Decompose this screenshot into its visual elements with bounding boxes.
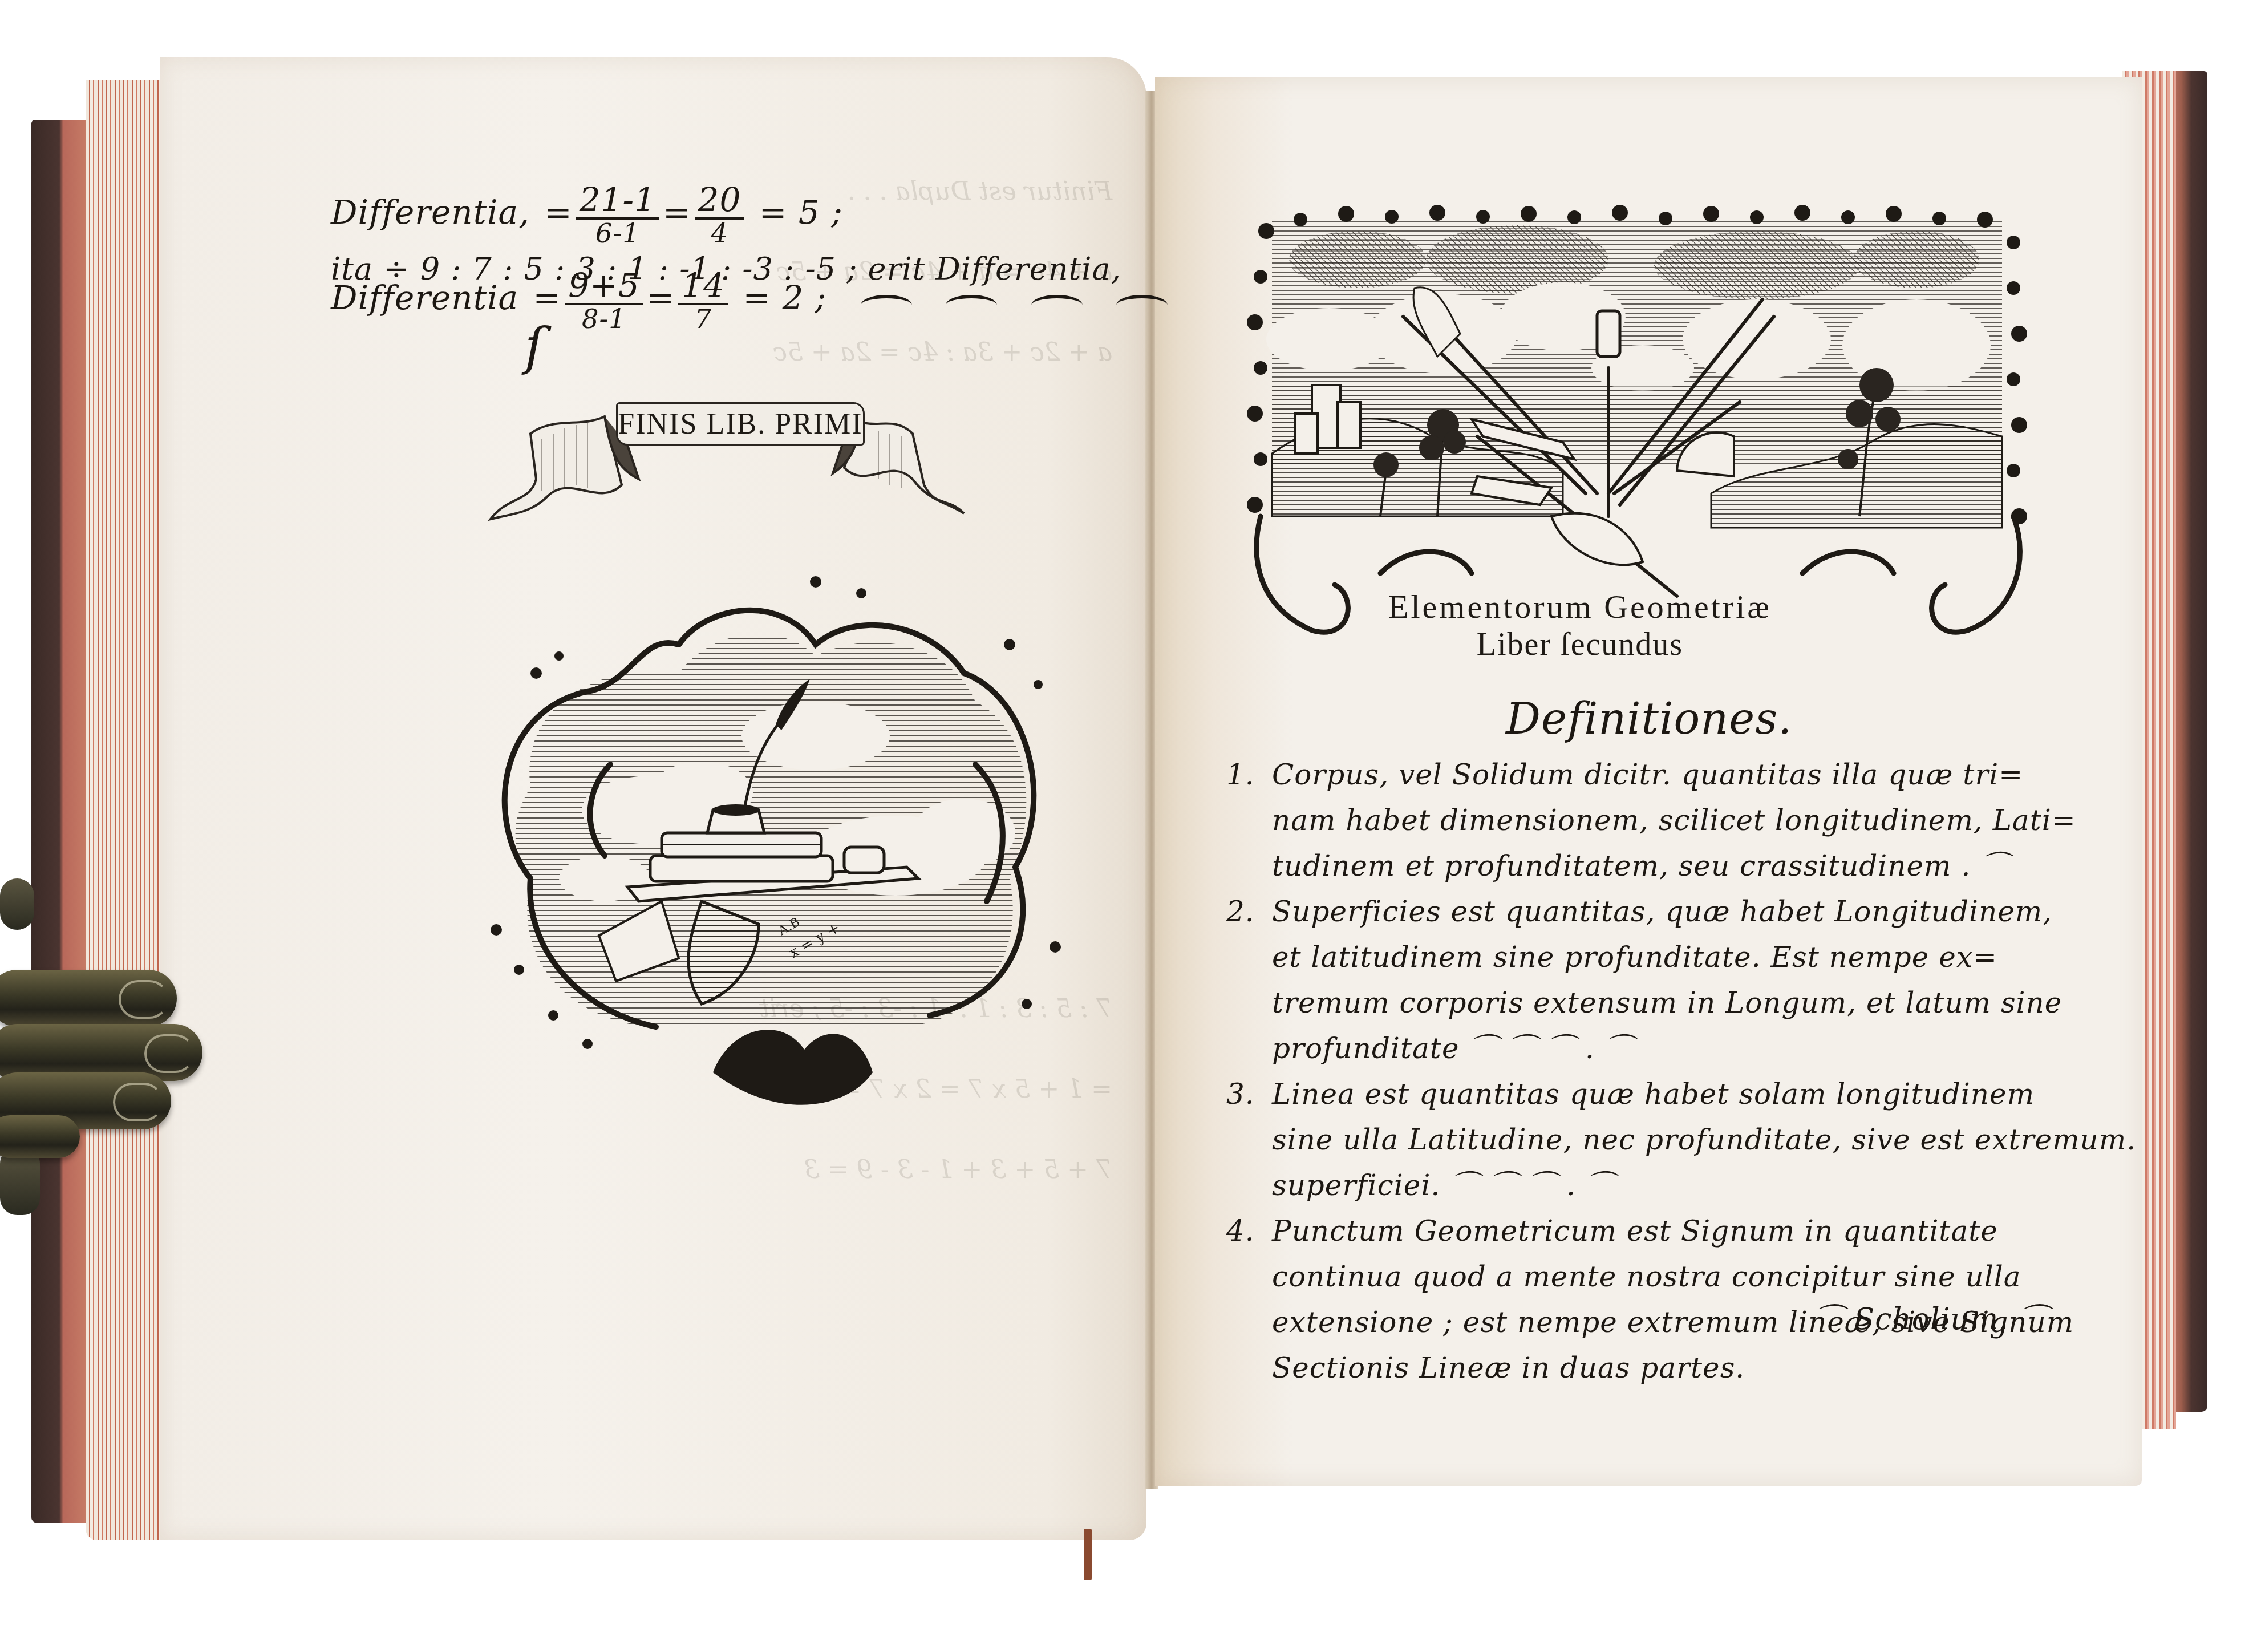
swash-flourish [861, 295, 912, 315]
fraction: 9+58-1 [565, 268, 643, 333]
bookmark-ribbon [1084, 1529, 1092, 1580]
definition-line: sine ulla Latitudine, nec profunditate, … [1226, 1117, 2136, 1163]
finis-libri-banner: FINIS LIB. PRIMI [616, 402, 865, 446]
definition-number: 2. [1226, 889, 1272, 934]
definition-line: profunditate ⌒ ⌒ ⌒ . ⌒ [1226, 1026, 2136, 1071]
definition-1: 1.Corpus, vel Solidum dicitr. quantitas … [1226, 752, 2136, 889]
swash-flourish [1031, 295, 1083, 315]
definition-line: Punctum Geometricum est Signum in quanti… [1272, 1214, 1998, 1248]
swash-flourish [1116, 295, 1168, 315]
ghost-line: 7 + 5 + 3 + 1 - 3 - 9 = 3 [713, 1155, 1112, 1184]
definition-line: Corpus, vel Solidum dicitr. quantitas il… [1272, 758, 2023, 791]
fraction: 21-16-1 [576, 183, 659, 248]
fraction: 204 [695, 183, 745, 248]
definition-2: 2.Superficies est quantitas, quæ habet L… [1226, 889, 2136, 1071]
definition-line: tremum corporis extensum in Longum, et l… [1226, 980, 2136, 1026]
definition-line: nam habet dimensionem, scilicet longitud… [1226, 797, 2136, 843]
math-result: = 5 ; [759, 193, 843, 232]
brass-hand-clasp [0, 878, 205, 1221]
definition-line: et latitudinem sine profunditate. Est ne… [1226, 934, 2136, 980]
swash-flourish [946, 295, 997, 315]
clasp-finger [0, 970, 177, 1027]
definition-line: continua quod a mente nostra concipitur … [1226, 1254, 2136, 1299]
math-label: Differentia, [331, 193, 530, 232]
definition-line: Linea est quantitas quæ habet solam long… [1272, 1078, 2035, 1111]
inkwell-quill-vignette-icon: A.B x = y + [462, 559, 1089, 1129]
long-s-flourish: ſ [525, 317, 544, 376]
definitiones-heading: Definitiones. [1506, 693, 1792, 744]
definition-line: superficiei. ⌒ ⌒ ⌒ . ⌒ [1226, 1163, 2136, 1208]
left-page-block-red-edges [86, 80, 171, 1540]
definition-3: 3.Linea est quantitas quæ habet solam lo… [1226, 1071, 2136, 1208]
fraction: 147 [678, 268, 728, 333]
definition-number: 4. [1226, 1208, 1272, 1254]
engraved-title-line-1: Elementorum Geometriæ [1380, 588, 1780, 626]
definition-number: 3. [1226, 1071, 1272, 1117]
ghost-line: a + 2c + 3a : 4c = 2a + 5c [713, 338, 1112, 367]
definition-line: Superficies est quantitas, quæ habet Lon… [1272, 895, 2052, 928]
clasp-thumb [0, 1115, 80, 1158]
scholium-heading: ⌒ Scholium. ⌒ [1814, 1295, 2049, 1338]
math-label: Differentia [331, 278, 518, 317]
geometry-instruments-landscape-vignette-icon [1243, 197, 2031, 653]
clasp-hinge-top [0, 878, 34, 930]
definition-line: Sectionis Lineæ in duas partes. [1226, 1345, 2136, 1391]
math-line-3: Differentia =9+58-1=147 = 2 ; [331, 268, 1168, 333]
engraved-title-line-2: Liber ſecundus [1380, 626, 1780, 663]
definition-number: 1. [1226, 752, 1272, 797]
definition-line: tudinem et profunditatem, seu crassitudi… [1226, 843, 2136, 889]
math-line-1: Differentia, =21-16-1=204 = 5 ; [331, 183, 843, 248]
math-result: = 2 ; [743, 278, 826, 317]
